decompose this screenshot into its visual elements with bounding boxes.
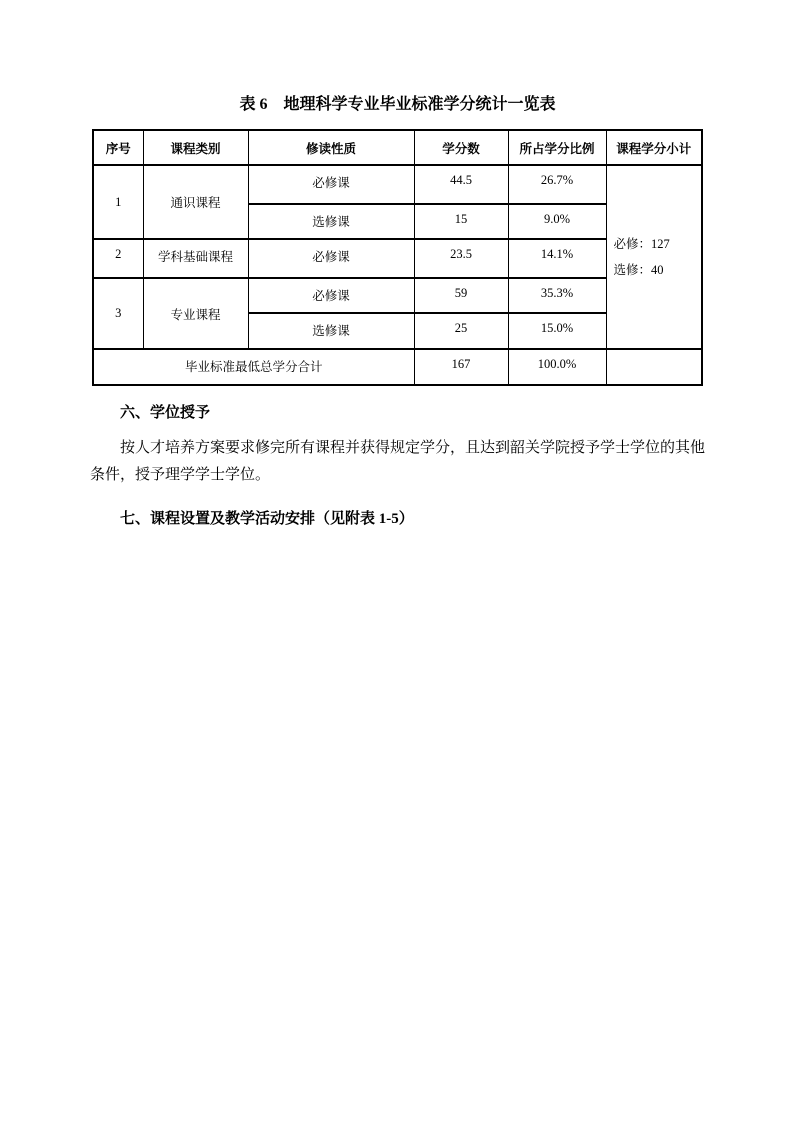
- table-header-row: 序号 课程类别 修读性质 学分数 所占学分比例 课程学分小计: [93, 130, 702, 165]
- header-no: 序号: [93, 130, 143, 165]
- cell-percent: 9.0%: [508, 204, 606, 239]
- cell-nature: 必修课: [248, 239, 414, 278]
- header-nature: 修读性质: [248, 130, 414, 165]
- subtotal-elective: 选修：40: [614, 257, 702, 283]
- cell-group-no: 1: [93, 165, 143, 239]
- cell-group-category: 学科基础课程: [143, 239, 248, 278]
- cell-nature: 必修课: [248, 278, 414, 313]
- cell-nature: 选修课: [248, 204, 414, 239]
- cell-credits: 15: [414, 204, 508, 239]
- cell-group-category: 通识课程: [143, 165, 248, 239]
- cell-group-category: 专业课程: [143, 278, 248, 349]
- header-category: 课程类别: [143, 130, 248, 165]
- degree-paragraph: 按人才培养方案要求修完所有课程并获得规定学分，且达到韶关学院授予学士学位的其他条…: [90, 435, 705, 489]
- cell-total-percent: 100.0%: [508, 349, 606, 385]
- document-page: 表 6 地理科学专业毕业标准学分统计一览表 序号 课程类别 修读性质 学分数 所…: [0, 0, 793, 1122]
- header-credits: 学分数: [414, 130, 508, 165]
- credit-statistics-table: 序号 课程类别 修读性质 学分数 所占学分比例 课程学分小计 1 通识课程 必修…: [92, 129, 703, 386]
- cell-percent: 35.3%: [508, 278, 606, 313]
- table-title: 表 6 地理科学专业毕业标准学分统计一览表: [90, 96, 705, 113]
- section-heading-curriculum: 七、课程设置及教学活动安排（见附表 1-5）: [90, 512, 705, 527]
- cell-group-no: 2: [93, 239, 143, 278]
- cell-percent: 14.1%: [508, 239, 606, 278]
- cell-credits: 25: [414, 313, 508, 349]
- cell-total-subtotal-empty: [606, 349, 702, 385]
- cell-total-credits: 167: [414, 349, 508, 385]
- section-heading-degree: 六、学位授予: [90, 406, 705, 421]
- header-percent: 所占学分比例: [508, 130, 606, 165]
- cell-nature: 选修课: [248, 313, 414, 349]
- cell-group-no: 3: [93, 278, 143, 349]
- cell-total-label: 毕业标准最低总学分合计: [93, 349, 414, 385]
- cell-credits: 59: [414, 278, 508, 313]
- table-row: 1 通识课程 必修课 44.5 26.7% 必修：127 选修：40: [93, 165, 702, 204]
- header-subtotal: 课程学分小计: [606, 130, 702, 165]
- cell-percent: 15.0%: [508, 313, 606, 349]
- page-content: 表 6 地理科学专业毕业标准学分统计一览表 序号 课程类别 修读性质 学分数 所…: [0, 96, 793, 527]
- cell-credits: 23.5: [414, 239, 508, 278]
- cell-credits: 44.5: [414, 165, 508, 204]
- cell-subtotal: 必修：127 选修：40: [606, 165, 702, 349]
- cell-nature: 必修课: [248, 165, 414, 204]
- table-total-row: 毕业标准最低总学分合计 167 100.0%: [93, 349, 702, 385]
- subtotal-required: 必修：127: [614, 231, 702, 257]
- cell-percent: 26.7%: [508, 165, 606, 204]
